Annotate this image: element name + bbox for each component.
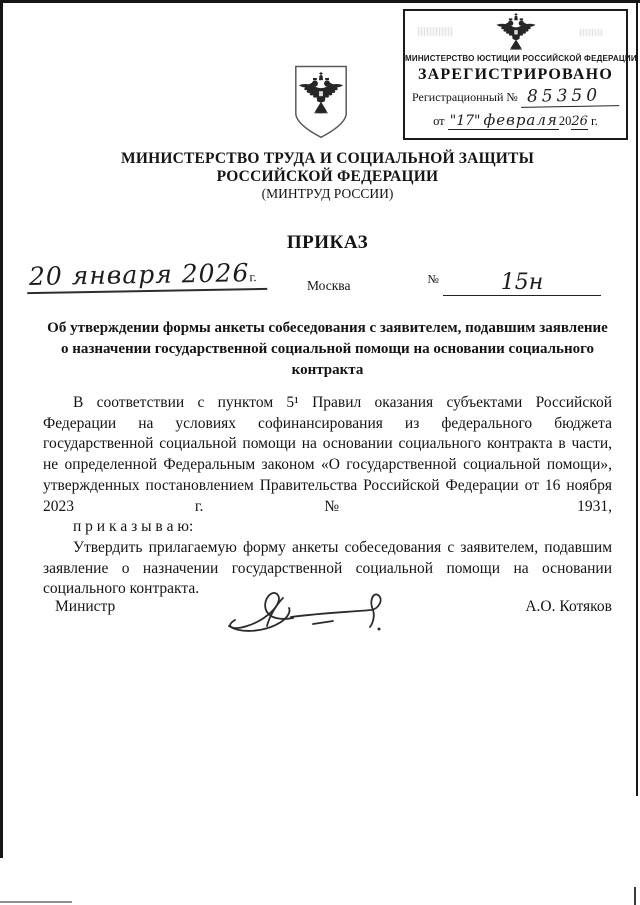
ministry-short-name: (МИНТРУД РОССИИ) [43, 186, 612, 202]
scan-edge-bottom-left [0, 901, 72, 903]
stamp-reg-number-label: Регистрационный № [412, 90, 518, 104]
stamp-date-day: "17" [448, 113, 483, 130]
stamp-ministry-line: МИНИСТЕРСТВО ЮСТИЦИИ РОССИЙСКОЙ ФЕДЕРАЦИ… [405, 54, 626, 63]
stamp-smudge-right [580, 29, 602, 36]
order-heading: ПРИКАЗ [43, 232, 612, 254]
scan-edge-right-lower [634, 887, 636, 905]
signature-row: Министр А.О. Котяков [43, 588, 612, 638]
scan-edge-left [0, 0, 3, 858]
decree-word: п р и к а з ы в а ю: [43, 517, 612, 538]
scan-edge-top [0, 0, 640, 3]
order-number-label: № [428, 272, 439, 286]
stamp-date-line: от "17"февраля2026 г. [405, 111, 626, 129]
order-city: Москва [307, 278, 351, 294]
signer-name: А.О. Котяков [525, 598, 612, 616]
minister-signature [221, 584, 421, 640]
stamp-registered-label: ЗАРЕГИСТРИРОВАНО [405, 66, 626, 84]
order-number-line: 15н [443, 270, 601, 296]
ministry-name-line2: РОССИЙСКОЙ ФЕДЕРАЦИИ [43, 168, 612, 186]
stamp-eagle-icon [492, 13, 540, 53]
scan-edge-right [636, 0, 638, 796]
document-page: МИНИСТЕРСТВО ЮСТИЦИИ РОССИЙСКОЙ ФЕДЕРАЦИ… [0, 0, 640, 905]
signer-position: Министр [55, 598, 115, 616]
body-paragraph-1: В соответствии с пунктом 5¹ Правил оказа… [43, 393, 612, 517]
order-body: В соответствии с пунктом 5¹ Правил оказа… [43, 393, 612, 600]
document-header: МИНИСТЕРСТВО ТРУДА И СОЦИАЛЬНОЙ ЗАЩИТЫ Р… [43, 150, 612, 202]
order-date-handwritten: 20 января 2026г. [27, 258, 267, 294]
stamp-reg-number-line: Регистрационный № 85350 [405, 86, 626, 107]
stamp-date-prefix: от [433, 114, 445, 128]
coat-of-arms-icon [291, 64, 351, 141]
ministry-name-line1: МИНИСТЕРСТВО ТРУДА И СОЦИАЛЬНОЙ ЗАЩИТЫ [43, 150, 612, 168]
stamp-smudge-left [418, 27, 454, 36]
stamp-reg-number-value: 85350 [521, 85, 619, 108]
stamp-date-year: 2026 г. [559, 114, 598, 128]
order-subject: Об утверждении формы анкеты собеседовани… [43, 318, 612, 381]
order-number: № 15н [428, 270, 601, 296]
order-meta-row: 20 января 2026г. Москва № 15н [25, 260, 615, 302]
stamp-date-month: февраля [482, 111, 558, 130]
registration-stamp: МИНИСТЕРСТВО ЮСТИЦИИ РОССИЙСКОЙ ФЕДЕРАЦИ… [403, 9, 628, 140]
order-number-value: 15н [501, 270, 544, 295]
